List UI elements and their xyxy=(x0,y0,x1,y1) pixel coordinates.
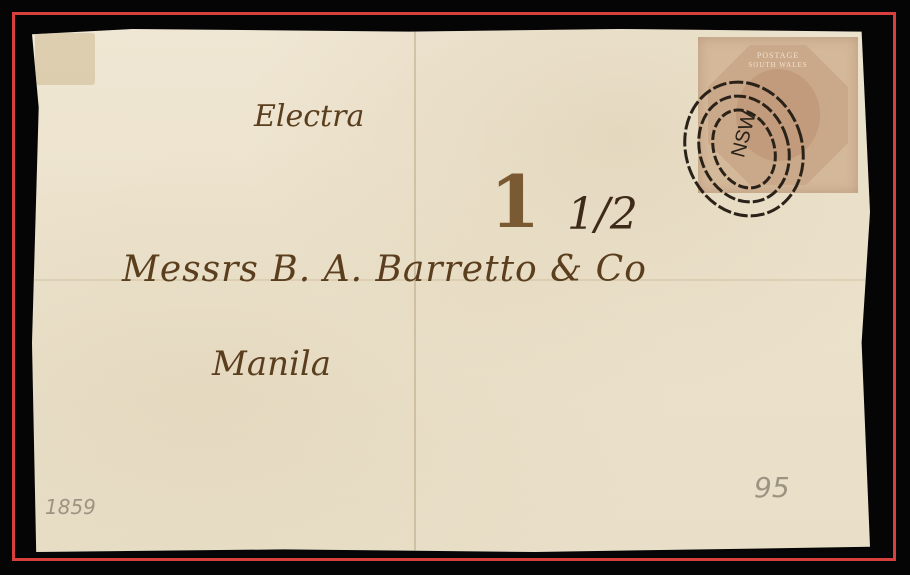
cancel-text: NSW xyxy=(727,109,760,160)
ship-name-manuscript: Electra xyxy=(254,99,364,134)
pencil-price-note: 95 xyxy=(754,471,790,504)
rate-marking-main: 1 xyxy=(490,159,540,244)
stamp-text-postage: POSTAGE xyxy=(698,51,858,60)
rate-marking-fraction: 1/2 xyxy=(567,189,638,240)
paper-stain xyxy=(35,33,95,85)
oval-cancel-postmark: NSW xyxy=(682,69,822,229)
postal-cover: POSTAGE SOUTH WALES NSW Electra 1 1/2 Me… xyxy=(32,29,870,552)
addressee-manuscript: Messrs B. A. Barretto & Co xyxy=(122,249,647,290)
stamp-text-country: SOUTH WALES xyxy=(698,61,858,69)
destination-city: Manila xyxy=(212,344,331,384)
vertical-fold-line xyxy=(414,29,416,552)
pencil-year-note: 1859 xyxy=(45,495,96,519)
